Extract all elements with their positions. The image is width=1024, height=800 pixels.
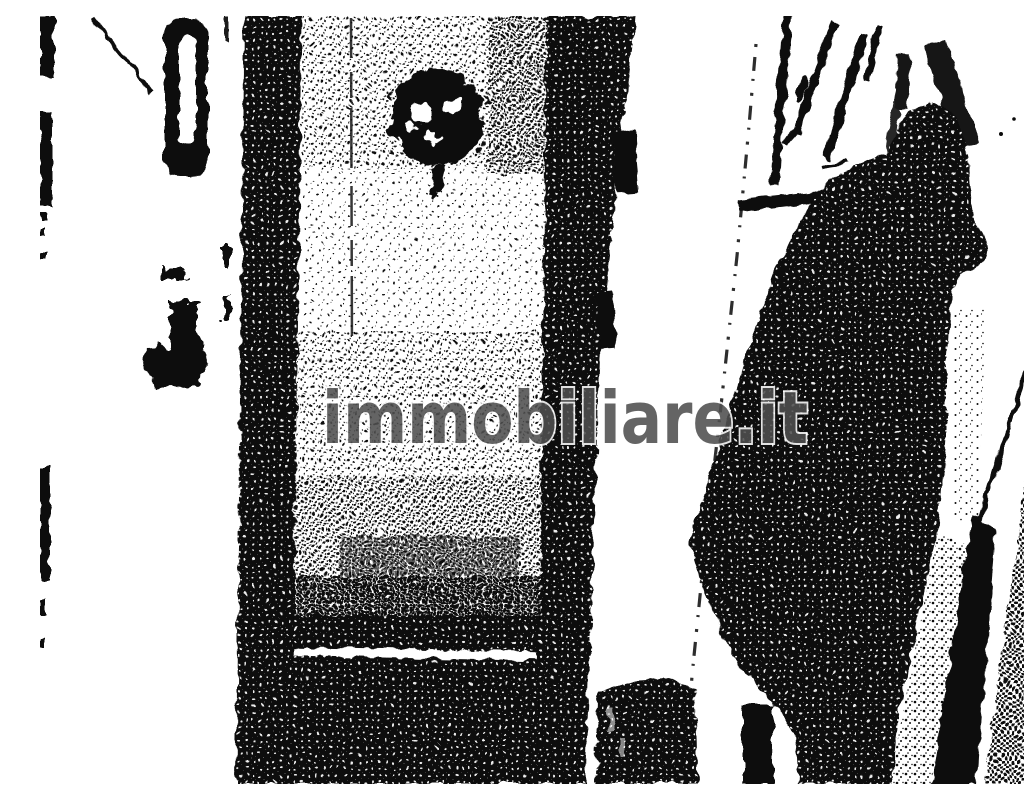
bottom-post <box>743 704 773 784</box>
hinge-top <box>613 130 639 193</box>
dithered-photo-canvas: immobiliare.it <box>40 16 1024 784</box>
property-photo: immobiliare.it <box>40 16 1024 784</box>
switch-plate <box>164 18 208 176</box>
watermark-text: immobiliare.it <box>322 376 808 460</box>
door-left-stile <box>236 16 302 784</box>
floor-shadow-blob <box>596 678 698 784</box>
door-bottom-shadow <box>288 616 544 784</box>
